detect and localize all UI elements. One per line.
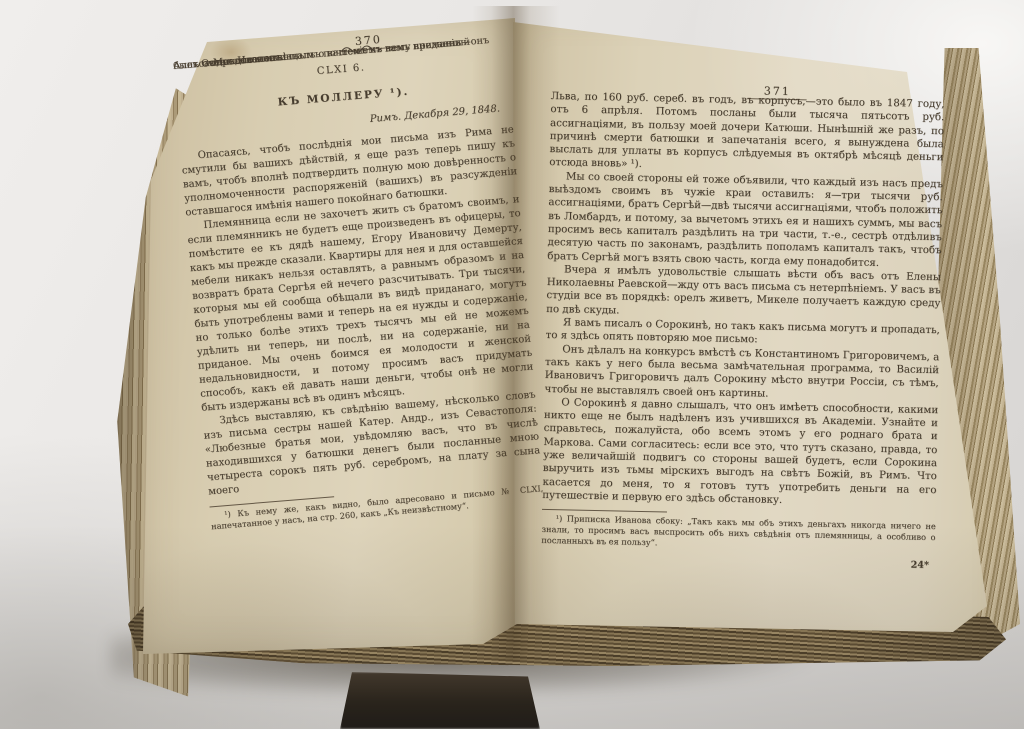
footnote: ¹) Приписка Иванова сбоку: „Такъ какъ мы… bbox=[541, 513, 936, 554]
footnote-rule bbox=[542, 509, 667, 513]
left-page-text: 370 Микеле я извѣщалъ о вашемъ къ нему в… bbox=[172, 23, 545, 532]
book-photo: 370 Микеле я извѣщалъ о вашемъ къ нему в… bbox=[0, 0, 1024, 729]
paragraph: Племянница если не захочетъ жить съ брат… bbox=[186, 193, 535, 416]
paragraph: Мы со своей стороны ей тоже объявили, чт… bbox=[547, 170, 943, 271]
paragraph: О Сорокинѣ я давно слышалъ, что онъ имѣе… bbox=[542, 396, 938, 511]
paragraph: Онъ дѣлалъ на конкурсъ вмѣстѣ съ Констан… bbox=[544, 343, 939, 404]
paragraph: Вчера я имѣлъ удовольствіе слышать вѣсти… bbox=[546, 263, 941, 324]
book-cover-shadow bbox=[340, 672, 540, 729]
paragraph: Льва, по 160 руб. сереб. въ годъ, въ кор… bbox=[549, 90, 945, 178]
right-page-text: 371 Льва, по 160 руб. сереб. въ годъ, въ… bbox=[541, 80, 945, 572]
